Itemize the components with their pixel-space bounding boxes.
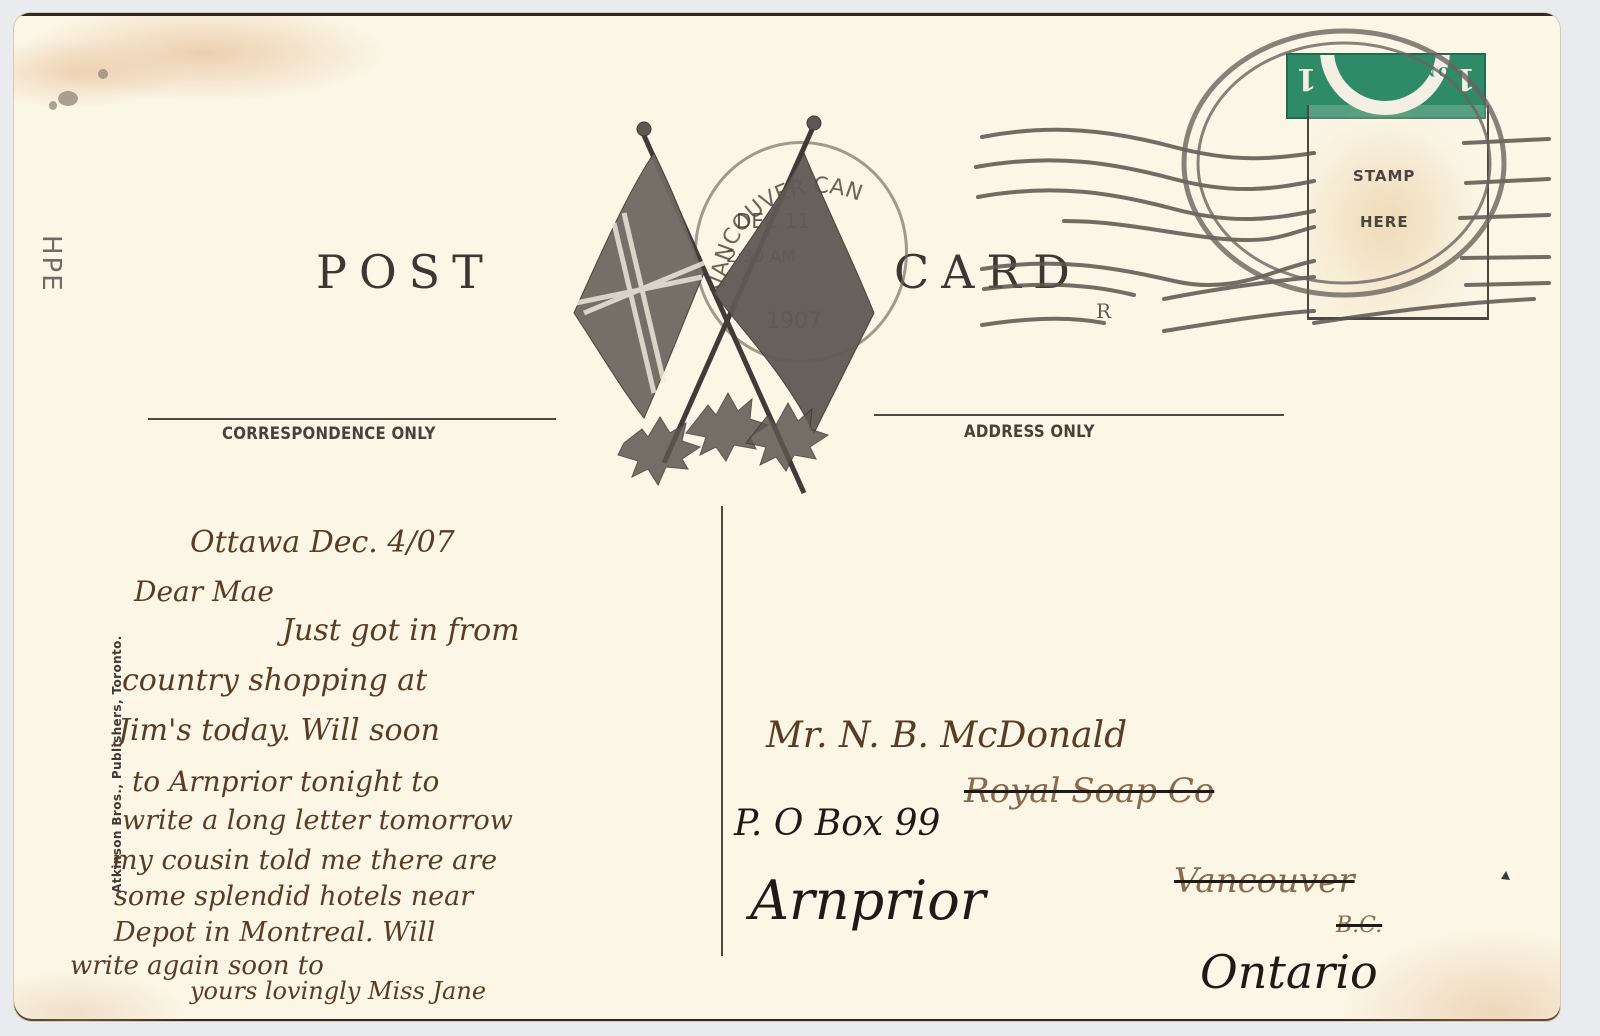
ink-blot (1501, 871, 1510, 880)
message-line: Just got in from (282, 613, 520, 648)
message-line: some splendid hotels near (114, 881, 473, 912)
message-line: Jim's today. Will soon (118, 713, 440, 748)
message-dateline: Ottawa Dec. 4/07 (190, 525, 455, 560)
address-po-box: P. O Box 99 (734, 803, 940, 844)
address-province: Ontario (1200, 945, 1378, 999)
message-line: Depot in Montreal. Will (114, 917, 435, 948)
address-name: Mr. N. B. McDonald (766, 715, 1127, 756)
message-line: yours lovingly Miss Jane (190, 977, 486, 1005)
message-line: to Arnprior tonight to (132, 765, 439, 798)
address-struck-city: Vancouver (1174, 861, 1355, 901)
machine-postmark-rings (1184, 31, 1504, 295)
message-line: write a long letter tomorrow (122, 805, 513, 836)
address-struck-company: Royal Soap Co (964, 771, 1214, 811)
postcard-back: HPE POST CARD CORRESPONDENCE ONLY ADDRES… (14, 13, 1560, 1021)
message-line: my cousin told me there are (112, 845, 497, 876)
message-salutation: Dear Mae (134, 575, 274, 608)
address-struck-province: B.C. (1336, 913, 1382, 938)
crossed-flags-emblem (574, 116, 874, 493)
address-city: Arnprior (750, 869, 986, 932)
message-line: country shopping at (122, 663, 427, 698)
